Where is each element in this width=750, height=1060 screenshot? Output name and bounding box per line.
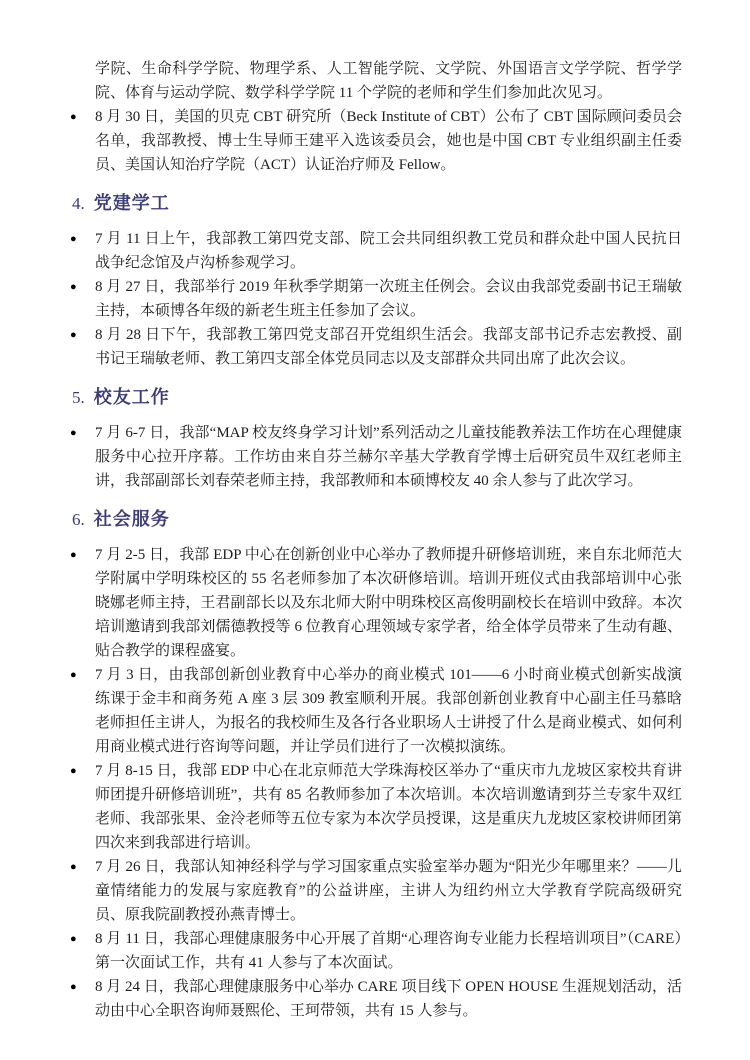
bullet-icon: ● <box>70 227 77 251</box>
section-heading-alumni-work: 5.校友工作 <box>72 383 682 411</box>
list-item: ● 8 月 30 日，美国的贝克 CBT 研究所（Beck Institute … <box>95 105 682 177</box>
list-item: ● 7 月 2-5 日，我部 EDP 中心在创新创业中心举办了教师提升研修培训班… <box>95 543 682 663</box>
section-title: 校友工作 <box>94 387 170 407</box>
bullet-icon: ● <box>70 855 77 879</box>
list-item-text: 8 月 24 日，我部心理健康服务中心举办 CARE 项目线下 OPEN HOU… <box>95 979 682 1019</box>
section-number: 6. <box>72 510 85 529</box>
section-title: 党建学工 <box>94 193 170 213</box>
section-number: 4. <box>72 194 85 213</box>
list-item-text: 7 月 2-5 日，我部 EDP 中心在创新创业中心举办了教师提升研修培训班，来… <box>95 547 682 659</box>
list-item: ● 7 月 3 日，由我部创新创业教育中心举办的商业模式 101——6 小时商业… <box>95 663 682 759</box>
section-heading-social-service: 6.社会服务 <box>72 505 682 533</box>
list-item-text: 7 月 26 日，我部认知神经科学与学习国家重点实验室举办题为“阳光少年哪里来？… <box>95 859 682 923</box>
list-item: ● 7 月 26 日，我部认知神经科学与学习国家重点实验室举办题为“阳光少年哪里… <box>95 855 682 927</box>
document-page: 学院、生命科学学院、物理学系、人工智能学院、文学院、外国语言文学学院、哲学学院、… <box>0 0 750 1060</box>
document-content: 学院、生命科学学院、物理学系、人工智能学院、文学院、外国语言文学学院、哲学学院、… <box>0 0 750 1023</box>
bullet-icon: ● <box>70 421 77 445</box>
section-party-building-list: ● 7 月 11 日上午，我部教工第四党支部、院工会共同组织教工党员和群众赴中国… <box>72 227 682 371</box>
list-item: ● 8 月 11 日，我部心理健康服务中心开展了首期“心理咨询专业能力长程培训项… <box>95 927 682 975</box>
section-number: 5. <box>72 388 85 407</box>
list-item-text: 8 月 30 日，美国的贝克 CBT 研究所（Beck Institute of… <box>95 109 682 173</box>
list-item-text: 7 月 8-15 日，我部 EDP 中心在北京师范大学珠海校区举办了“重庆市九龙… <box>95 763 682 851</box>
bullet-icon: ● <box>70 275 77 299</box>
list-item: ● 8 月 24 日，我部心理健康服务中心举办 CARE 项目线下 OPEN H… <box>95 975 682 1023</box>
bullet-icon: ● <box>70 759 77 783</box>
section-heading-party-building: 4.党建学工 <box>72 189 682 217</box>
list-item: ● 7 月 11 日上午，我部教工第四党支部、院工会共同组织教工党员和群众赴中国… <box>95 227 682 275</box>
bullet-icon: ● <box>70 105 77 129</box>
intro-bullet-list: ● 8 月 30 日，美国的贝克 CBT 研究所（Beck Institute … <box>72 105 682 177</box>
list-item-text: 7 月 11 日上午，我部教工第四党支部、院工会共同组织教工党员和群众赴中国人民… <box>95 231 682 271</box>
list-item-text: 8 月 11 日，我部心理健康服务中心开展了首期“心理咨询专业能力长程培训项目”… <box>95 931 682 971</box>
bullet-icon: ● <box>70 927 77 951</box>
bullet-icon: ● <box>70 543 77 567</box>
section-social-service-list: ● 7 月 2-5 日，我部 EDP 中心在创新创业中心举办了教师提升研修培训班… <box>72 543 682 1023</box>
list-item: ● 8 月 28 日下午，我部教工第四党支部召开党组织生活会。我部支部书记乔志宏… <box>95 323 682 371</box>
list-item-text: 8 月 28 日下午，我部教工第四党支部召开党组织生活会。我部支部书记乔志宏教授… <box>95 327 682 367</box>
section-alumni-work-list: ● 7 月 6-7 日，我部“MAP 校友终身学习计划”系列活动之儿童技能教养法… <box>72 421 682 493</box>
list-item-text: 8 月 27 日，我部举行 2019 年秋季学期第一次班主任例会。会议由我部党委… <box>95 279 682 319</box>
continuation-paragraph: 学院、生命科学学院、物理学系、人工智能学院、文学院、外国语言文学学院、哲学学院、… <box>95 57 682 105</box>
list-item: ● 7 月 6-7 日，我部“MAP 校友终身学习计划”系列活动之儿童技能教养法… <box>95 421 682 493</box>
list-item-text: 7 月 3 日，由我部创新创业教育中心举办的商业模式 101——6 小时商业模式… <box>95 667 682 755</box>
bullet-icon: ● <box>70 663 77 687</box>
list-item-text: 7 月 6-7 日，我部“MAP 校友终身学习计划”系列活动之儿童技能教养法工作… <box>95 425 682 489</box>
bullet-icon: ● <box>70 975 77 999</box>
list-item: ● 7 月 8-15 日，我部 EDP 中心在北京师范大学珠海校区举办了“重庆市… <box>95 759 682 855</box>
section-title: 社会服务 <box>94 509 170 529</box>
bullet-icon: ● <box>70 323 77 347</box>
list-item: ● 8 月 27 日，我部举行 2019 年秋季学期第一次班主任例会。会议由我部… <box>95 275 682 323</box>
